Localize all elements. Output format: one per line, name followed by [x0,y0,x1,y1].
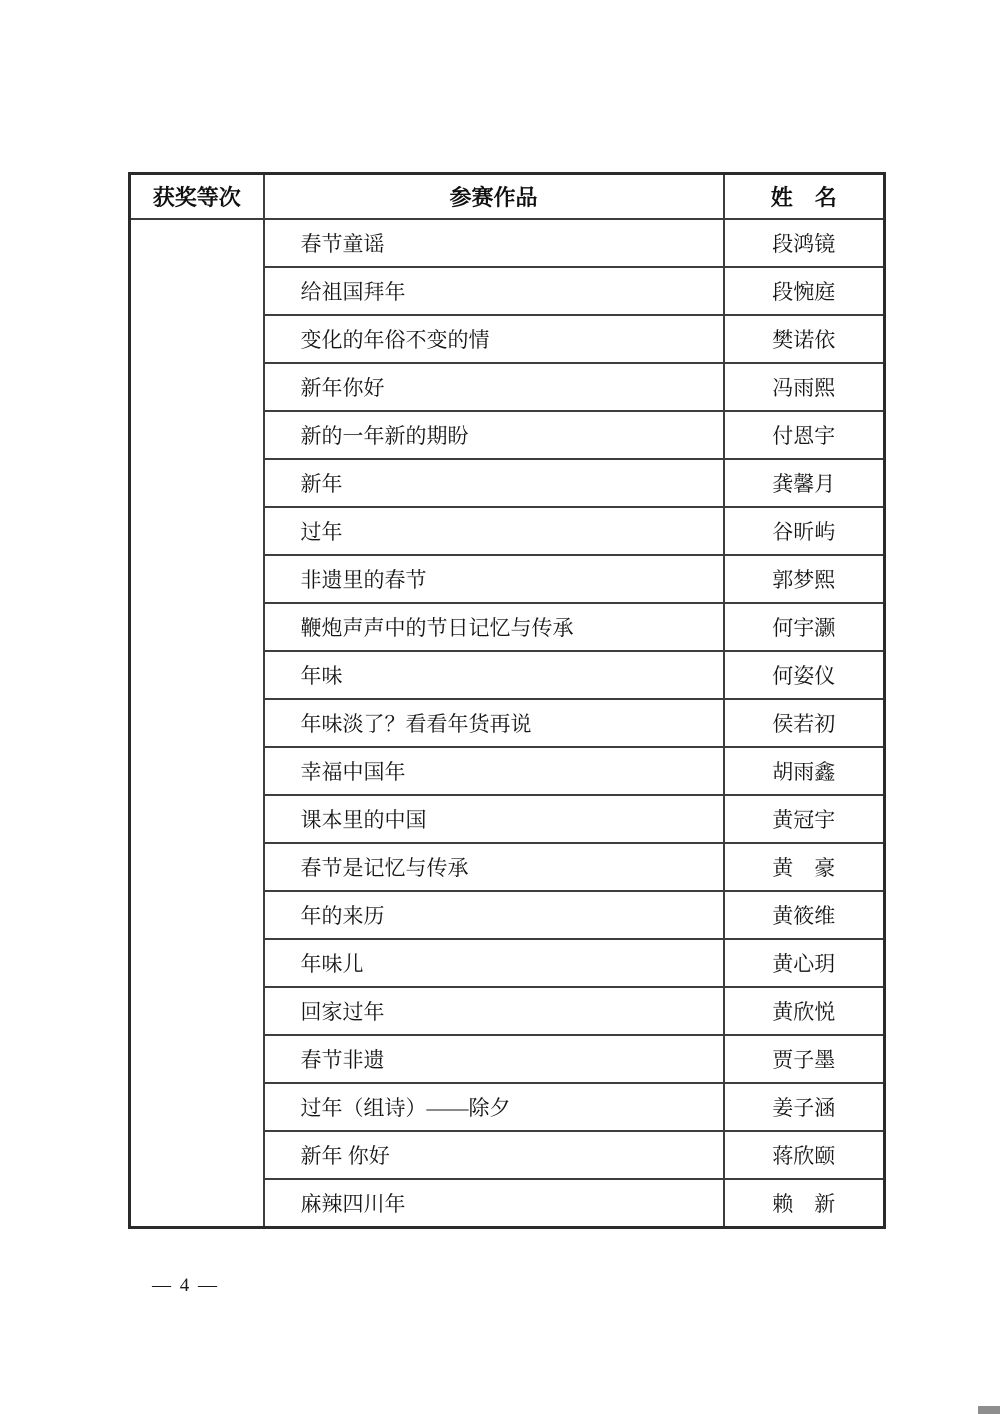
author-name: 樊诺依 [724,315,885,363]
work-title: 过年（组诗）——除夕 [264,1083,724,1131]
author-name: 贾子墨 [724,1035,885,1083]
table-header-row: 获奖等次 参赛作品 姓 名 [130,174,885,220]
work-title: 课本里的中国 [264,795,724,843]
work-title: 麻辣四川年 [264,1179,724,1228]
work-title: 春节是记忆与传承 [264,843,724,891]
work-title: 回家过年 [264,987,724,1035]
author-name: 胡雨鑫 [724,747,885,795]
author-name: 侯若初 [724,699,885,747]
table-row: 春节童谣 段鸿镜 [130,219,885,267]
author-name: 付恩宇 [724,411,885,459]
work-title: 春节非遗 [264,1035,724,1083]
corner-scan-artifact [978,1406,1000,1414]
work-title: 幸福中国年 [264,747,724,795]
work-title: 年味儿 [264,939,724,987]
header-entry-work: 参赛作品 [264,174,724,220]
author-name: 黄筱维 [724,891,885,939]
header-name: 姓 名 [724,174,885,220]
work-title: 给祖国拜年 [264,267,724,315]
author-name: 段惋庭 [724,267,885,315]
author-name: 龚馨月 [724,459,885,507]
award-results-table: 获奖等次 参赛作品 姓 名 春节童谣 段鸿镜 给祖国拜年 段惋庭 变化的年俗不变… [128,172,886,1229]
author-name: 蒋欣颐 [724,1131,885,1179]
work-title: 鞭炮声声中的节日记忆与传承 [264,603,724,651]
author-name: 赖 新 [724,1179,885,1228]
work-title: 过年 [264,507,724,555]
author-name: 黄冠宇 [724,795,885,843]
author-name: 何姿仪 [724,651,885,699]
author-name: 黄欣悦 [724,987,885,1035]
work-title: 新年 你好 [264,1131,724,1179]
page-number: — 4 — [152,1275,219,1297]
work-title: 年的来历 [264,891,724,939]
work-title: 年味 [264,651,724,699]
work-title: 新年你好 [264,363,724,411]
award-level-cell [130,219,264,1228]
author-name: 姜子涵 [724,1083,885,1131]
work-title: 春节童谣 [264,219,724,267]
author-name: 黄 豪 [724,843,885,891]
author-name: 冯雨熙 [724,363,885,411]
author-name: 黄心玥 [724,939,885,987]
author-name: 郭梦熙 [724,555,885,603]
work-title: 新的一年新的期盼 [264,411,724,459]
work-title: 新年 [264,459,724,507]
work-title: 变化的年俗不变的情 [264,315,724,363]
author-name: 段鸿镜 [724,219,885,267]
work-title: 非遗里的春节 [264,555,724,603]
header-award-level: 获奖等次 [130,174,264,220]
author-name: 何宇灏 [724,603,885,651]
author-name: 谷昕屿 [724,507,885,555]
work-title: 年味淡了？看看年货再说 [264,699,724,747]
